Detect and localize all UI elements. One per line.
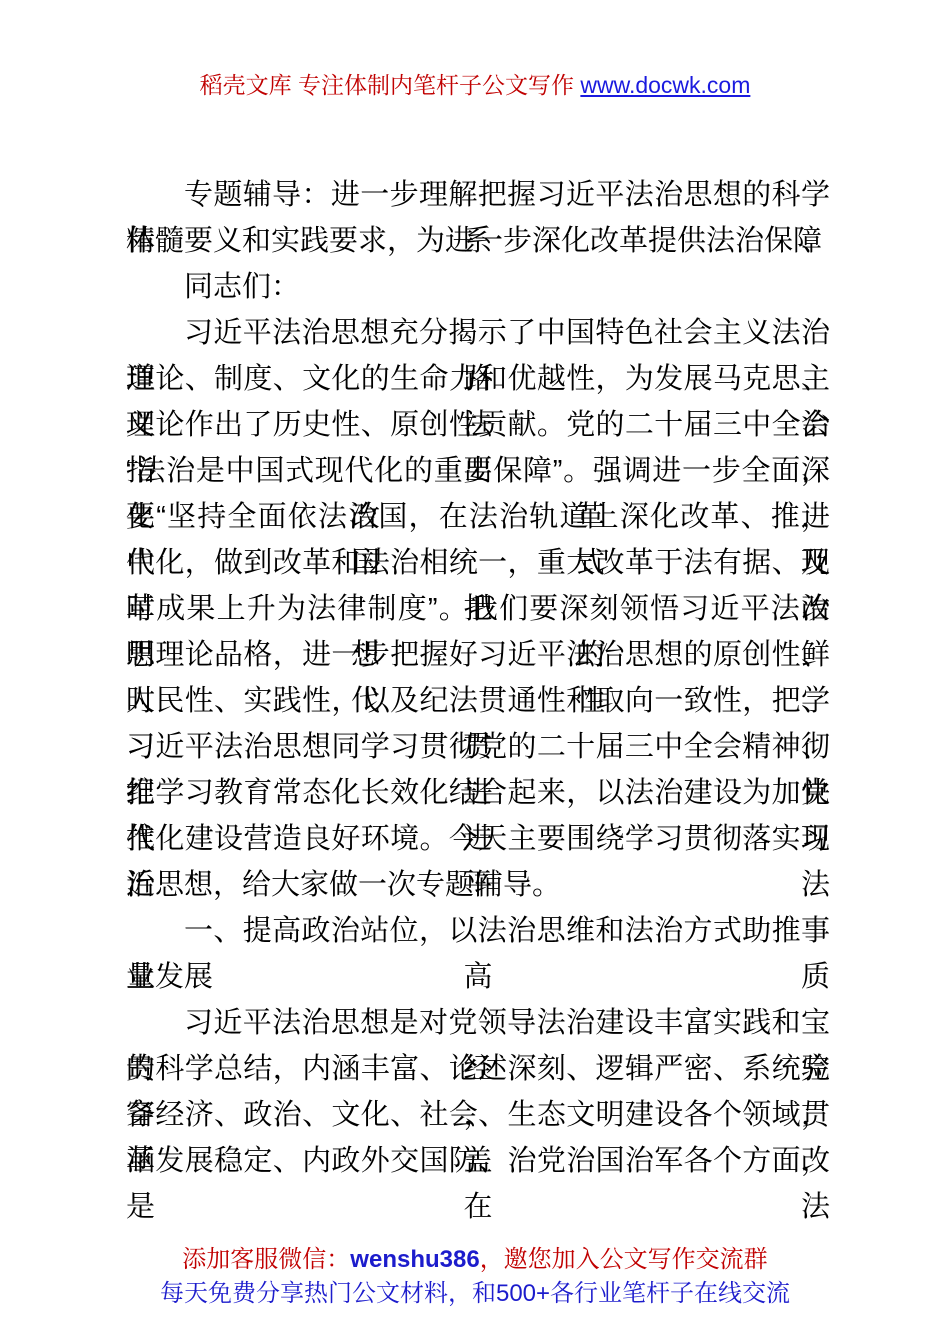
doc-title-line-1: 专题辅导：进一步理解把握习近平法治思想的科学体系、 [126, 172, 830, 218]
document-page: 稻壳文库 专注体制内笔杆子公文写作 www.docwk.com 专题辅导：进一步… [0, 0, 950, 1344]
paragraph2-line: 穿经济、政治、文化、社会、生态文明建设各个领域，涵盖改 [126, 1092, 830, 1138]
document-body: 专题辅导：进一步理解把握习近平法治思想的科学体系、 精髓要义和实践要求，为进一步… [126, 172, 830, 1184]
footer-promo-text: 每天免费分享热门公文材料，和500+各行业笔杆子在线交流 [160, 1280, 790, 1307]
paragraph1-line: 纪学习教育常态化长效化结合起来，以法治建设为加快推进现 [126, 770, 830, 816]
page-header: 稻壳文库 专注体制内笔杆子公文写作 www.docwk.com [0, 70, 950, 100]
paragraph2-line: 的科学总结，内涵丰富、论述深刻、逻辑严密、系统完备，贯 [126, 1046, 830, 1092]
section-heading-line-1: 一、提高政治站位，以法治思维和法治方式助推事业高质 [126, 908, 830, 954]
footer-wechat-id: wenshu386 [350, 1246, 479, 1273]
paragraph2-line: 革发展稳定、内政外交国防、治党治国治军各个方面，是在法 [126, 1138, 830, 1184]
paragraph1-line: 要“坚持全面依法治国，在法治轨道上深化改革、推进中国式现 [126, 494, 830, 540]
footer-contact-suffix: ，邀您加入公文写作交流群 [480, 1246, 768, 1273]
paragraph1-line: “法治是中国式现代化的重要保障”。强调进一步全面深化改革， [126, 448, 830, 494]
paragraph1-line: 理论、制度、文化的生命力和优越性，为发展马克思主义法治 [126, 356, 830, 402]
paragraph1-line: 明理论品格，进一步把握好习近平法治思想的原创性、时代性、 [126, 632, 830, 678]
doc-title-line-2: 精髓要义和实践要求，为进一步深化改革提供法治保障 [126, 218, 830, 264]
page-footer: 添加客服微信：wenshu386，邀您加入公文写作交流群 每天免费分享热门公文材… [0, 1243, 950, 1311]
paragraph1-line: 理论作出了历史性、原创性贡献。党的二十届三中全会指出， [126, 402, 830, 448]
paragraph1-line: 代化建设营造良好环境。今天主要围绕学习贯彻落实习近平法 [126, 816, 830, 862]
paragraph1-line: 代化，做到改革和法治相统一，重大改革于法有据、及时把改 [126, 540, 830, 586]
paragraph1-line: 习近平法治思想充分揭示了中国特色社会主义法治道路、 [126, 310, 830, 356]
header-brand-text: 稻壳文库 专注体制内笔杆子公文写作 [200, 72, 574, 98]
paragraph1-line: 人民性、实践性，以及纪法贯通性和取向一致性，把学习贯彻 [126, 678, 830, 724]
footer-line-2: 每天免费分享热门公文材料，和500+各行业笔杆子在线交流 [0, 1277, 950, 1311]
paragraph1-line: 习近平法治思想同学习贯彻党的二十届三中全会精神、推进党 [126, 724, 830, 770]
footer-contact-prefix: 添加客服微信： [182, 1246, 350, 1273]
paragraph1-line: 革成果上升为法律制度”。我们要深刻领悟习近平法治思想的鲜 [126, 586, 830, 632]
salutation-line: 同志们： [126, 264, 830, 310]
paragraph2-line: 习近平法治思想是对党领导法治建设丰富实践和宝贵经验 [126, 1000, 830, 1046]
header-website-link[interactable]: www.docwk.com [580, 72, 750, 98]
footer-line-1: 添加客服微信：wenshu386，邀您加入公文写作交流群 [0, 1243, 950, 1277]
